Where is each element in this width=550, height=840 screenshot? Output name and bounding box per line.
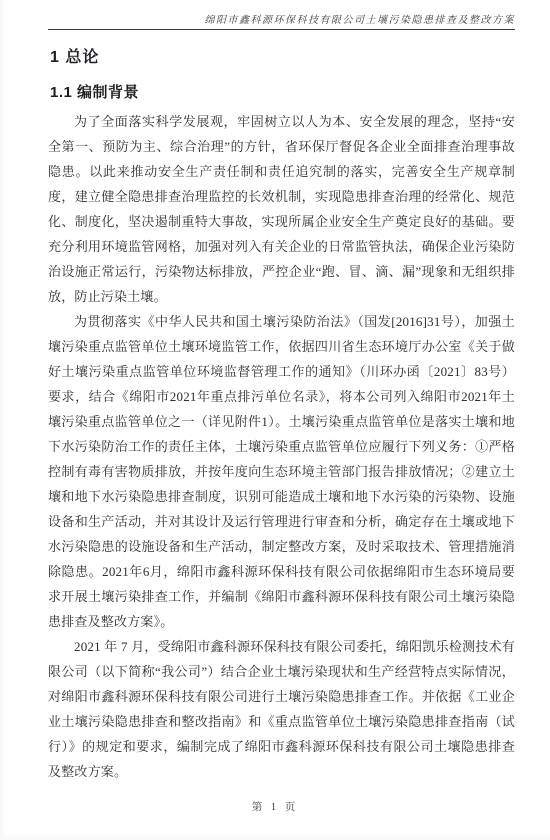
subsection-heading: 1.1 编制背景: [50, 84, 515, 101]
document-body: 为了全面落实科学发展观，牢固树立以人为本、安全发展的理念，坚持“安全第一、预防为…: [48, 109, 515, 784]
paragraph-1: 为了全面落实科学发展观，牢固树立以人为本、安全发展的理念，坚持“安全第一、预防为…: [48, 109, 515, 309]
header-rule: [48, 29, 515, 30]
paragraph-2: 为贯彻落实《中华人民共和国土壤污染防治法》（国发[2016]31号），加强土壤污…: [48, 309, 515, 634]
page-header: 绵阳市鑫科源环保科技有限公司土壤污染隐患排查及整改方案: [48, 14, 515, 30]
header-title: 绵阳市鑫科源环保科技有限公司土壤污染隐患排查及整改方案: [48, 14, 515, 27]
paragraph-3: 2021 年 7 月，受绵阳市鑫科源环保科技有限公司委托，绵阳凯乐检测技术有限公…: [48, 634, 515, 784]
section-heading: 1 总论: [50, 49, 515, 67]
page-number: 第 1 页: [252, 802, 299, 813]
document-page: 绵阳市鑫科源环保科技有限公司土壤污染隐患排查及整改方案 1 总论 1.1 编制背…: [0, 0, 550, 840]
page-footer: 第 1 页: [0, 799, 550, 814]
